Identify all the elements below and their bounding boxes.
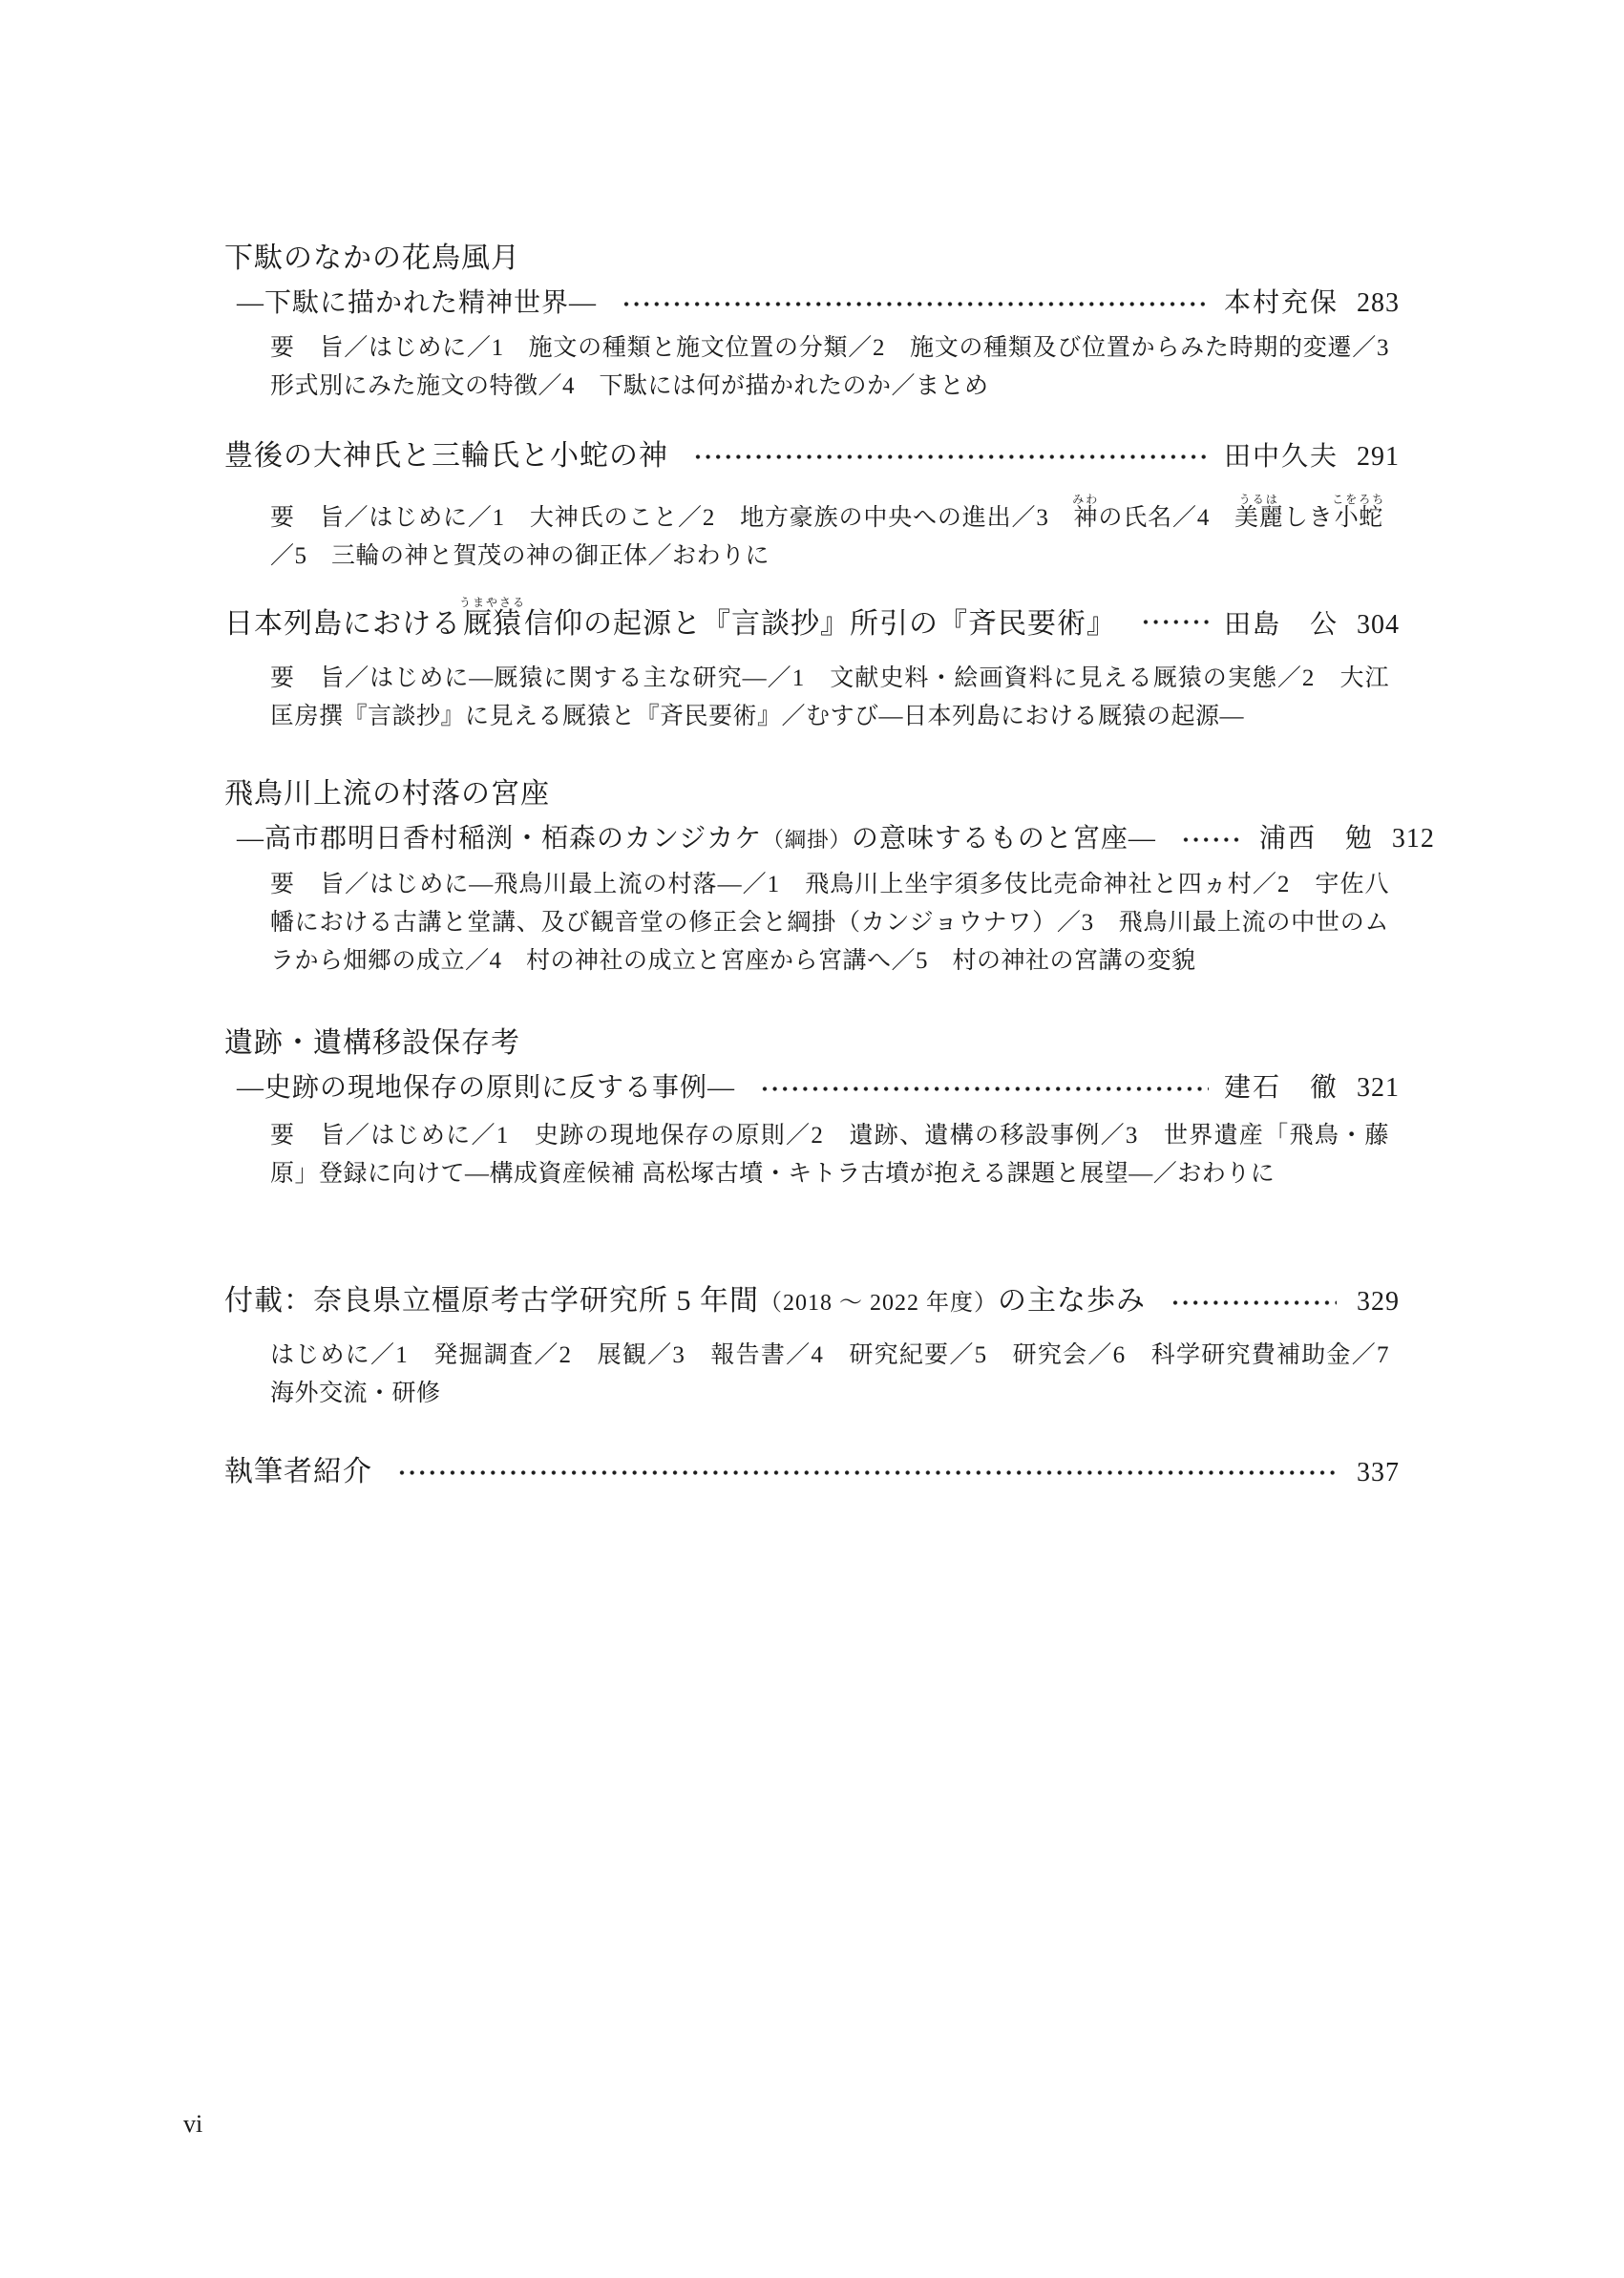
entry-title-row: 付載：奈良県立橿原考古学研究所 5 年間（2018 ～ 2022 年度）の主な歩… [224, 1279, 1400, 1325]
entry-subtitle: ―史跡の現地保存の原則に反する事例― [237, 1065, 735, 1111]
entry-subtitle-row: ―史跡の現地保存の原則に反する事例―建石 徹321 [237, 1065, 1400, 1111]
dotted-leader [622, 301, 1209, 307]
entry-title-row: 執筆者紹介337 [224, 1450, 1400, 1495]
toc-entry-fusai: 付載：奈良県立橿原考古学研究所 5 年間（2018 ～ 2022 年度）の主な歩… [224, 1279, 1400, 1413]
ruby-annotated-text: 厩猿うまやさる [461, 608, 524, 640]
dotted-leader [1171, 1299, 1337, 1306]
entry-page-number: 321 [1352, 1065, 1400, 1111]
entry-title: 日本列島における厩猿うまやさる信仰の起源と『言談抄』所引の『斉民要術』 [224, 596, 1116, 646]
entry-author: 田中久夫 [1224, 435, 1339, 479]
dotted-leader [760, 1086, 1209, 1092]
entry-subtitle: ―高市郡明日香村稲渕・栢森のカンジカケ（綱掛）の意味するものと宮座― [237, 816, 1156, 863]
entry-summary: はじめに／1 発掘調査／2 展観／3 報告書／4 研究紀要／5 研究会／6 科学… [270, 1337, 1389, 1413]
entry-subtitle: ―下駄に描かれた精神世界― [237, 281, 597, 327]
ruby-reading: こをろち [1332, 493, 1385, 506]
small-text: （2018 ～ 2022 年度） [759, 1291, 998, 1316]
ruby-reading: うまやさる [459, 596, 526, 609]
toc-entry-bungo: 豊後の大神氏と三輪氏と小蛇の神田中久夫291要 旨／はじめに／1 大神氏のこと／… [224, 434, 1400, 576]
entry-page-number: 312 [1387, 816, 1435, 862]
toc-entry-umayazaru: 日本列島における厩猿うまやさる信仰の起源と『言談抄』所引の『斉民要術』田島 公3… [224, 596, 1400, 736]
entry-subtitle-row: ―高市郡明日香村稲渕・栢森のカンジカケ（綱掛）の意味するものと宮座―浦西 勉31… [237, 816, 1400, 863]
entry-title-row: 日本列島における厩猿うまやさる信仰の起源と『言談抄』所引の『斉民要術』田島 公3… [224, 596, 1400, 647]
small-text: （綱掛） [762, 828, 852, 852]
entry-author: 本村充保 [1224, 281, 1339, 327]
dotted-leader [397, 1469, 1337, 1476]
dotted-leader [693, 453, 1209, 460]
entry-title: 遺跡・遺構移設保存考 [224, 1022, 1400, 1065]
toc-entry-asukagawa: 飛鳥川上流の村落の宮座―高市郡明日香村稲渕・栢森のカンジカケ（綱掛）の意味するも… [224, 772, 1400, 981]
toc-entry-geta: 下駄のなかの花鳥風月―下駄に描かれた精神世界―本村充保283要 旨／はじめに／1… [224, 237, 1400, 406]
page-number-label: vi [183, 2112, 202, 2137]
entry-page-number: 291 [1352, 435, 1400, 479]
toc-entry-iseki: 遺跡・遺構移設保存考―史跡の現地保存の原則に反する事例―建石 徹321要 旨／は… [224, 1022, 1400, 1193]
entry-subtitle-row: ―下駄に描かれた精神世界―本村充保283 [237, 281, 1400, 327]
entry-page-number: 283 [1352, 281, 1400, 327]
ruby-annotated-text: 神みわ [1074, 505, 1099, 531]
ruby-annotated-text: 小蛇こをろち [1333, 505, 1384, 531]
entry-title: 執筆者紹介 [224, 1450, 372, 1494]
entry-author: 建石 徹 [1224, 1065, 1339, 1111]
dotted-leader [1181, 836, 1244, 843]
entry-author: 浦西 勉 [1259, 816, 1374, 862]
dotted-leader [1141, 619, 1209, 625]
entry-title: 付載：奈良県立橿原考古学研究所 5 年間（2018 ～ 2022 年度）の主な歩… [224, 1279, 1146, 1325]
toc-page: 下駄のなかの花鳥風月―下駄に描かれた精神世界―本村充保283要 旨／はじめに／1… [0, 0, 1624, 2278]
entry-page-number: 329 [1352, 1280, 1400, 1324]
entry-summary: 要 旨／はじめに／1 施文の種類と施文位置の分類／2 施文の種類及び位置からみた… [270, 329, 1389, 406]
entry-title: 下駄のなかの花鳥風月 [224, 237, 1400, 281]
entry-summary: 要 旨／はじめに―厩猿に関する主な研究―／1 文献史料・絵画資料に見える厩猿の実… [270, 660, 1389, 736]
entry-page-number: 337 [1352, 1451, 1400, 1495]
entry-title: 飛鳥川上流の村落の宮座 [224, 772, 1400, 816]
ruby-reading: みわ [1072, 493, 1099, 506]
entry-summary: 要 旨／はじめに―飛鳥川最上流の村落―／1 飛鳥川上坐宇須多伎比売命神社と四ヵ村… [270, 866, 1389, 981]
ruby-reading: うるは [1234, 493, 1283, 506]
entry-author: 田島 公 [1224, 603, 1339, 647]
entry-title: 豊後の大神氏と三輪氏と小蛇の神 [224, 434, 668, 478]
entry-page-number: 304 [1352, 603, 1400, 647]
ruby-annotated-text: 美麗うるは [1234, 505, 1284, 531]
toc-entry-shippitsusha: 執筆者紹介337 [224, 1450, 1400, 1495]
entry-summary: 要 旨／はじめに／1 史跡の現地保存の原則／2 遺跡、遺構の移設事例／3 世界遺… [270, 1117, 1389, 1193]
entry-title-row: 豊後の大神氏と三輪氏と小蛇の神田中久夫291 [224, 434, 1400, 479]
entry-summary: 要 旨／はじめに／1 大神氏のこと／2 地方豪族の中央への進出／3 神みわの氏名… [270, 493, 1389, 576]
